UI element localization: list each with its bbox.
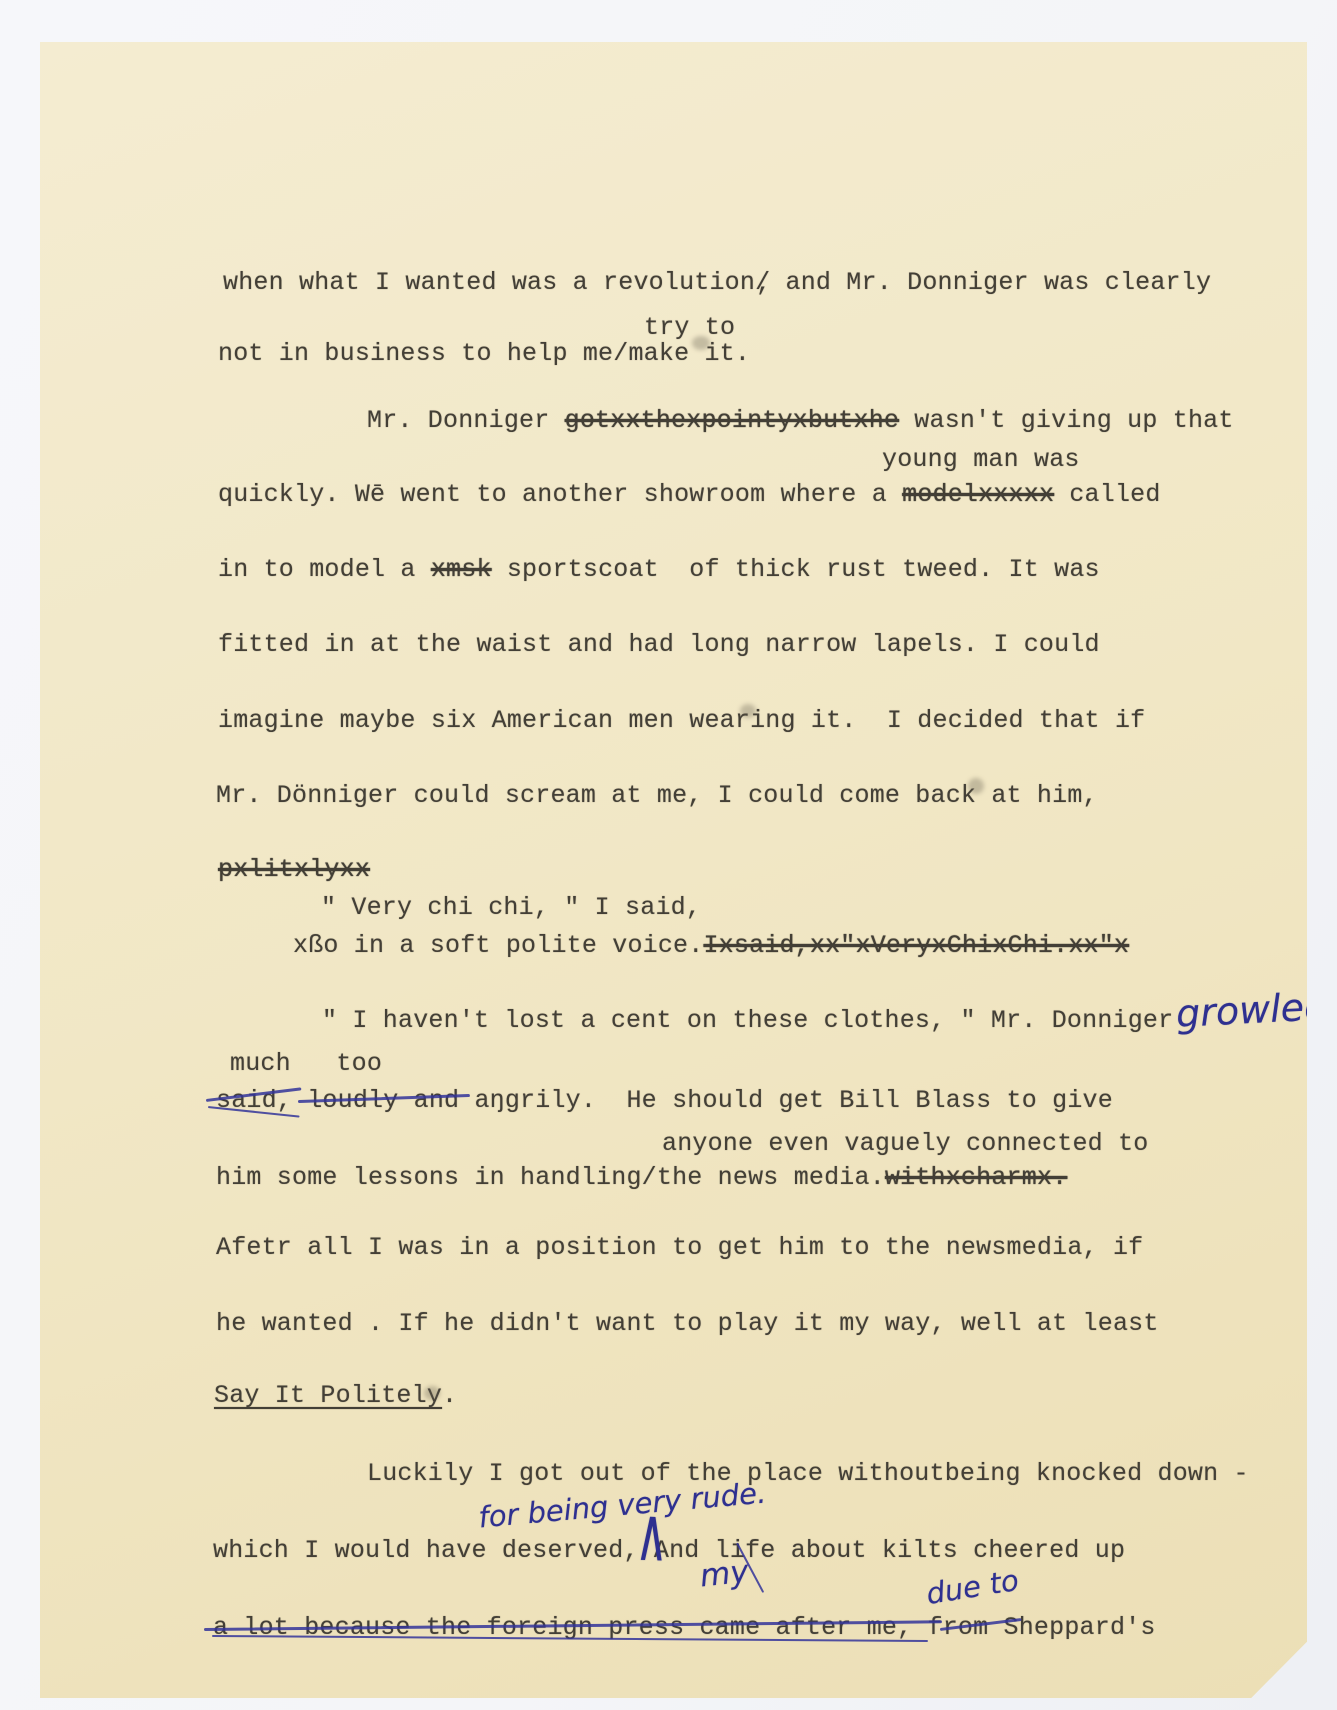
typed-insertion-young-man-was: young man was <box>882 446 1080 473</box>
typed-text: in to model a <box>218 555 431 584</box>
typed-strikeout-text: modelxxxxx <box>902 480 1054 509</box>
typed-line-17: Say It Politely. <box>214 1382 457 1409</box>
typed-text: wasn't giving up that <box>899 406 1233 435</box>
typed-line-10: " Very chi chi, " I said, <box>321 894 701 921</box>
typed-text: him some lessons in handling/the news me… <box>216 1163 885 1192</box>
typed-line-6: fitted in at the waist and had long narr… <box>218 631 1100 658</box>
typed-text: " I haven't lost a cent on these clothes… <box>322 1006 1173 1035</box>
ink-smudge <box>968 778 984 794</box>
typed-text: anyone even vaguely connected to <box>662 1129 1148 1158</box>
typed-text: when what I wanted was a revolution <box>223 268 755 297</box>
typed-line-7: imagine maybe six American men wearing i… <box>218 707 1145 734</box>
typed-text: quickly. Wē went to another showroom whe… <box>218 480 902 509</box>
typed-strikeout-text: Ixsaid,xx"xVeryxChixChi.xx"x <box>703 931 1129 960</box>
ink-smudge <box>740 704 756 718</box>
handwritten-growled: growled <box>1175 984 1329 1036</box>
ink-smudge <box>424 1386 440 1400</box>
typed-text: he wanted . If he didn't want to play it… <box>216 1309 1159 1338</box>
typed-text: sportscoat of thick rust tweed. It was <box>492 555 1100 584</box>
typed-line-19: which I would have deserved, And life ab… <box>213 1537 1125 1564</box>
typed-line-14: him some lessons in handling/the news me… <box>216 1164 1067 1191</box>
typed-text: not in business to help me/make it. <box>218 339 750 368</box>
typed-insertion-anyone: anyone even vaguely connected to <box>662 1130 1148 1157</box>
typed-text: Afetr all I was in a position to get him… <box>216 1233 1143 1262</box>
typed-text: imagine maybe six American men wearing i… <box>218 706 1145 735</box>
typed-text: . <box>442 1381 457 1410</box>
typed-line-15: Afetr all I was in a position to get him… <box>216 1234 1143 1261</box>
handwritten-due-to: due to <box>924 1563 1021 1611</box>
typed-text: aŋgrily. He should get Bill Blass to giv… <box>459 1086 1113 1115</box>
typed-line-4: quickly. Wē went to another showroom whe… <box>218 481 1161 508</box>
typed-line-8: Mr. Dönniger could scream at me, I could… <box>216 782 1098 809</box>
typed-text: Mr. Donniger <box>367 406 565 435</box>
typed-text: try to <box>644 313 735 342</box>
typed-line-12: " I haven't lost a cent on these clothes… <box>322 1007 1173 1034</box>
overstruck-char: /, <box>755 269 770 296</box>
manuscript-page: when what I wanted was a revolution/, an… <box>40 42 1307 1698</box>
typed-insertion-much-too: much too <box>230 1050 382 1077</box>
typed-line-5: in to model a xmsk sportscoat of thick r… <box>218 556 1100 583</box>
typed-insertion-try-to: try to <box>644 314 735 341</box>
typed-strikeout-text: pxlitxlyxx <box>218 855 370 884</box>
typed-text: Luckily I got out of the place withoutbe… <box>367 1459 1249 1488</box>
typed-strikeout-text: gotxxthexpointyxbutxhe <box>565 406 899 435</box>
ink-smudge <box>692 336 710 350</box>
typed-text: xßo in a soft polite voice. <box>293 931 703 960</box>
typed-text <box>912 1613 927 1642</box>
typed-strikeout-text: xmsk <box>431 555 492 584</box>
typed-text: young man was <box>882 445 1080 474</box>
handwritten-my: my <box>698 1554 750 1595</box>
underlined-text: Say It Politely <box>214 1381 442 1410</box>
typed-line-11: xßo in a soft polite voice.Ixsaid,xx"xVe… <box>293 932 1129 959</box>
overstruck-under-char: , <box>756 270 771 297</box>
typed-line-18: Luckily I got out of the place withoutbe… <box>367 1460 1249 1487</box>
typed-line-3: Mr. Donniger gotxxthexpointyxbutxhe wasn… <box>367 407 1234 434</box>
typed-text: fitted in at the waist and had long narr… <box>218 630 1100 659</box>
typed-line-16: he wanted . If he didn't want to play it… <box>216 1310 1159 1337</box>
typed-line-1: when what I wanted was a revolution/, an… <box>223 269 1211 296</box>
typed-strikeout-text: withxcharmx. <box>885 1163 1067 1192</box>
handwritten-caret: ∧ <box>634 1492 669 1580</box>
typed-line-9: pxlitxlyxx <box>218 856 370 883</box>
typed-text: " Very chi chi, " I said, <box>321 893 701 922</box>
typed-text: Mr. Dönniger could scream at me, I could… <box>216 781 1098 810</box>
typed-text: called <box>1054 480 1160 509</box>
typed-line-2: not in business to help me/make it. <box>218 340 750 367</box>
typed-text: Sheppard's <box>988 1613 1155 1642</box>
typed-text: which I would have deserved, And life ab… <box>213 1536 1125 1565</box>
typed-text: and Mr. Donniger was clearly <box>770 268 1211 297</box>
typed-text: much too <box>230 1049 382 1078</box>
